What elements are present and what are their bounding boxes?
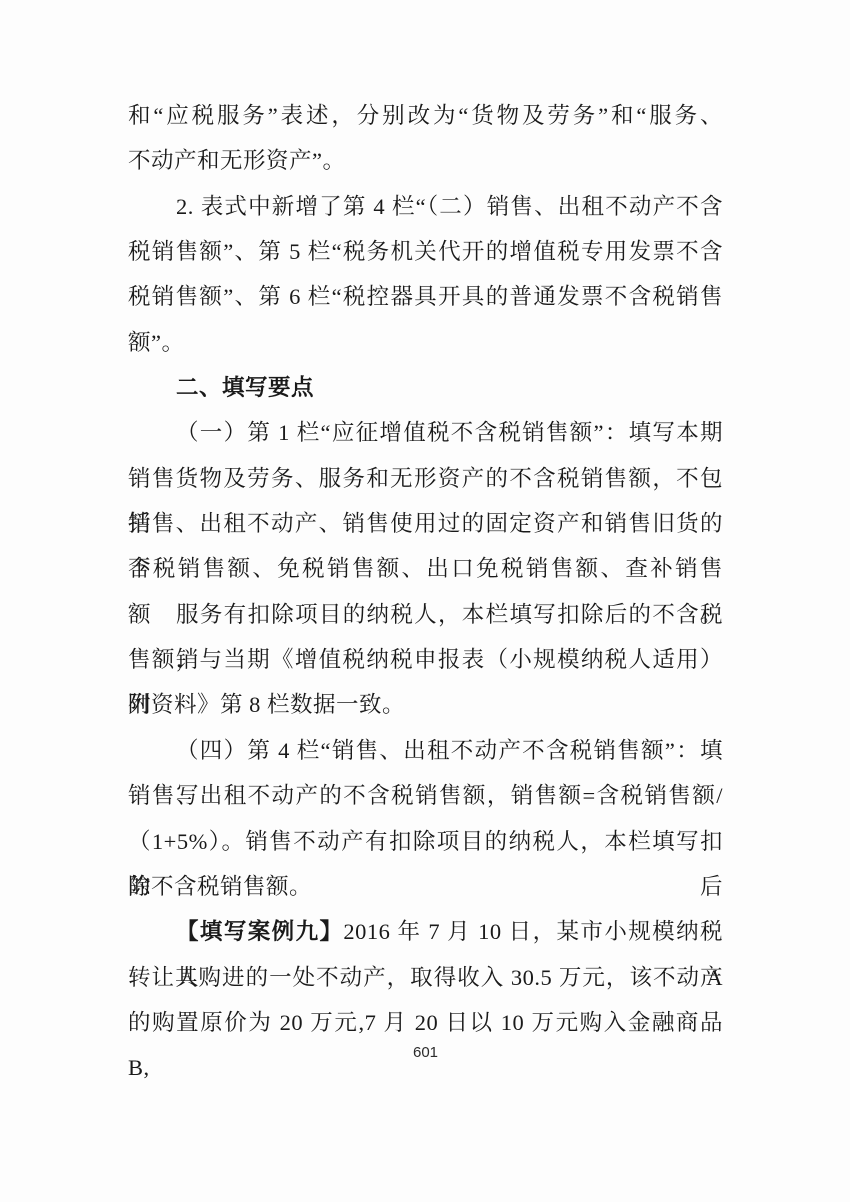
text-line: （四）第 4 栏“销售、出租不动产不含税销售额”：填写 xyxy=(128,728,723,773)
text-line: 的购置原价为 20 万元,7 月 20 日以 10 万元购入金融商品 B, xyxy=(128,1000,723,1045)
text-line: 额”。 xyxy=(128,320,723,365)
text-line: 服务有扣除项目的纳税人，本栏填写扣除后的不含税销 xyxy=(128,592,723,637)
document-page: 和“应税服务”表述，分别改为“货物及劳务”和“服务、不动产和无形资产”。2. 表… xyxy=(0,0,850,1202)
text-line: 含税销售额、免税销售额、出口免税销售额、查补销售额。 xyxy=(128,546,723,591)
text-line: 税销售额”、第 6 栏“税控器具开具的普通发票不含税销售 xyxy=(128,274,723,319)
text-segment: 额”。 xyxy=(128,330,185,355)
page-number: 601 xyxy=(128,1042,723,1064)
text-segment: 税销售额”、第 6 栏“税控器具开具的普通发票不含税销售 xyxy=(128,284,723,309)
text-line: 销售货物及劳务、服务和无形资产的不含税销售额，不包括 xyxy=(128,456,723,501)
text-line: 不动产和无形资产”。 xyxy=(128,138,723,183)
text-segment: 的不含税销售额。 xyxy=(128,874,312,899)
text-segment: 税销售额”、第 5 栏“税务机关代开的增值税专用发票不含 xyxy=(128,239,723,264)
text-line: 销售、出租不动产、销售使用过的固定资产和销售旧货的不 xyxy=(128,501,723,546)
text-segment: 转让其购进的一处不动产，取得收入 30.5 万元，该不动产 xyxy=(128,965,723,990)
bold-text-segment: 【填写案例九】 xyxy=(176,919,343,944)
text-line: 和“应税服务”表述，分别改为“货物及劳务”和“服务、 xyxy=(128,93,723,138)
text-segment: （一）第 1 栏“应征增值税不含税销售额”：填写本期 xyxy=(176,420,723,445)
text-line: 转让其购进的一处不动产，取得收入 30.5 万元，该不动产 xyxy=(128,955,723,1000)
text-line: 销售、出租不动产的不含税销售额，销售额=含税销售额/ xyxy=(128,773,723,818)
text-line: 2. 表式中新增了第 4 栏“（二）销售、出租不动产不含 xyxy=(128,184,723,229)
text-segment: 不动产和无形资产”。 xyxy=(128,148,346,173)
text-segment: 销售、出租不动产的不含税销售额，销售额=含税销售额/ xyxy=(128,783,723,808)
bold-text-segment: 二、填写要点 xyxy=(176,375,314,400)
text-segment: 列资料》第 8 栏数据一致。 xyxy=(128,692,405,717)
text-line: （一）第 1 栏“应征增值税不含税销售额”：填写本期 xyxy=(128,410,723,455)
text-line: 税销售额”、第 5 栏“税务机关代开的增值税专用发票不含 xyxy=(128,229,723,274)
text-line: （1+5%）。销售不动产有扣除项目的纳税人，本栏填写扣除后 xyxy=(128,819,723,864)
text-segment: 和“应税服务”表述，分别改为“货物及劳务”和“服务、 xyxy=(128,103,723,128)
text-line: 二、填写要点 xyxy=(128,365,723,410)
text-line: 列资料》第 8 栏数据一致。 xyxy=(128,682,723,727)
text-segment: 2. 表式中新增了第 4 栏“（二）销售、出租不动产不含 xyxy=(176,194,723,219)
text-line: 售额，与当期《增值税纳税申报表（小规模纳税人适用）附 xyxy=(128,637,723,682)
text-line: 【填写案例九】2016 年 7 月 10 日，某市小规模纳税人 A xyxy=(128,909,723,954)
text-lines: 和“应税服务”表述，分别改为“货物及劳务”和“服务、不动产和无形资产”。2. 表… xyxy=(128,93,723,1045)
